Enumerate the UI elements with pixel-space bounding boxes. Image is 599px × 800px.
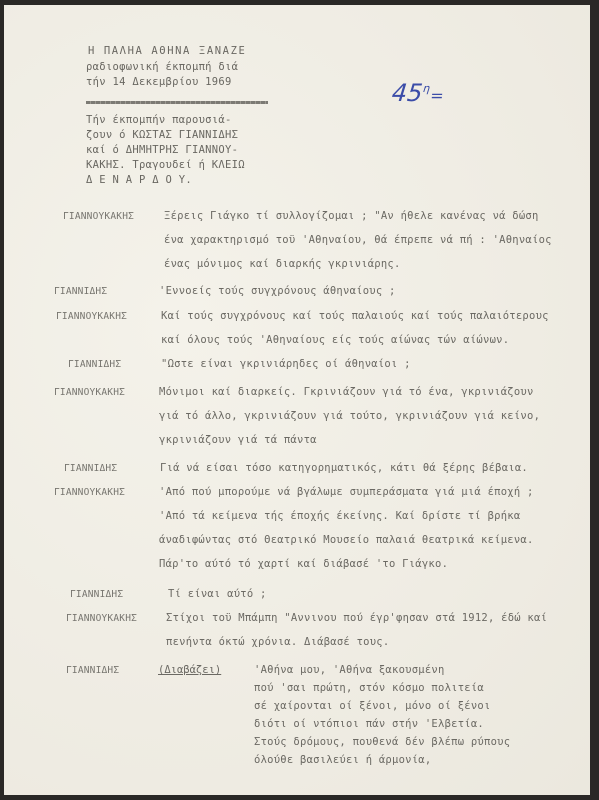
typewritten-page: Η ΠΑΛΗΑ ΑΘΗΝΑ ΞΑΝΑΖΕ ραδιοφωνική έκπομπή… [4, 5, 590, 795]
speech-line: "Ωστε είναι γκρινιάρηδες οί άθηναίοι ; [161, 358, 411, 370]
speech-line: 'Από πού μπορούμε νά βγάλωμε συμπεράσματ… [159, 486, 534, 498]
speech-line: γιά τό άλλο, γκρινιάζουν γιά τούτο, γκρι… [159, 410, 540, 422]
handwritten-page-number: 45η= [391, 79, 446, 107]
speaker-label: ΓΙΑΝΝΟΥΚΑΚΗΣ [54, 487, 125, 498]
speech-line: 'Εννοείς τούς συγχρόνους άθηναίους ; [159, 285, 396, 297]
speech-line: Μόνιμοι καί διαρκείς. Γκρινιάζουν γιά τό… [159, 386, 534, 398]
speech-line: γκρινιάζουν γιά τά πάντα [159, 434, 317, 446]
header-rule-top [86, 101, 268, 104]
program-date: τήν 14 Δεκεμβρίου 1969 [86, 76, 232, 88]
speech-line: Καί τούς συγχρόνους καί τούς παλαιούς κα… [161, 310, 549, 322]
speaker-label: ΓΙΑΝΝΟΥΚΑΚΗΣ [66, 613, 137, 624]
page-number: 45 [391, 79, 424, 107]
poem-line: πού 'σαι πρώτη, στόν κόσμο πολιτεία [254, 682, 484, 694]
speaker-label: ΓΙΑΝΝΙΔΗΣ [68, 359, 121, 370]
poem-line: Στούς δρόμους, πουθενά δέν βλέπω ρύπους [254, 736, 510, 748]
presenters-line-2: ζουν ό ΚΩΣΤΑΣ ΓΙΑΝΝΙΔΗΣ [86, 129, 238, 141]
speaker-label: ΓΙΑΝΝΙΔΗΣ [54, 286, 107, 297]
speaker-label: ΓΙΑΝΝΙΔΗΣ [64, 463, 117, 474]
speech-line: ένας μόνιμος καί διαρκής γκρινιάρης. [164, 258, 401, 270]
poem-line: 'Αθήνα μου, 'Αθήνα ξακουσμένη [254, 664, 445, 676]
speech-line: Γιά νά είσαι τόσο κατηγορηματικός, κάτι … [160, 462, 528, 474]
presenters-line-4: ΚΑΚΗΣ. Τραγουδεί ή ΚΛΕΙΩ [86, 159, 245, 171]
speaker-label: ΓΙΑΝΝΟΥΚΑΚΗΣ [54, 387, 125, 398]
poem-line: σέ χαίρονται οί ξένοι, μόνο οί ξένοι [254, 700, 491, 712]
page-number-underline: = [429, 86, 444, 105]
speaker-label: ΓΙΑΝΝΙΔΗΣ [70, 589, 123, 600]
speech-line: άναδιφώντας στό Θεατρικό Μουσείο παλαιά … [159, 534, 534, 546]
speaker-label: ΓΙΑΝΝΙΔΗΣ [66, 665, 119, 676]
stage-direction: (Διαβάζει) [158, 664, 221, 676]
program-title: Η ΠΑΛΗΑ ΑΘΗΝΑ ΞΑΝΑΖΕ [88, 45, 246, 57]
speaker-label: ΓΙΑΝΝΟΥΚΑΚΗΣ [63, 211, 134, 222]
presenters-line-3: καί ό ΔΗΜΗΤΡΗΣ ΓΙΑΝΝΟΥ- [86, 144, 238, 156]
speech-line: καί όλους τούς 'Αθηναίους είς τούς αίώνα… [161, 334, 509, 346]
speech-line: Στίχοι τοϋ Μπάμπη "Αννινου πού έγρ'φησαν… [166, 612, 547, 624]
speech-line: Πάρ'το αύτό τό χαρτί καί διάβασέ 'το Γιά… [159, 558, 448, 570]
speaker-label: ΓΙΑΝΝΟΥΚΑΚΗΣ [56, 311, 127, 322]
speech-line: ένα χαρακτηρισμό τοϋ 'Αθηναίου, θά έπρεπ… [164, 234, 552, 246]
poem-line: όλούθε βασιλεύει ή άρμονία, [254, 754, 431, 766]
speech-line: 'Από τά κείμενα τής έποχής έκείνης. Καί … [159, 510, 520, 522]
speech-line: Τί είναι αύτό ; [168, 588, 267, 600]
presenters-line-1: Τήν έκπομπήν παρουσιά- [86, 114, 232, 126]
presenters-line-5: Δ Ε Ν Α Ρ Δ Ο Υ. [86, 174, 192, 186]
speech-line: πενήντα όκτώ χρόνια. Διάβασέ τους. [166, 636, 389, 648]
program-subtitle-1: ραδιοφωνική έκπομπή διά [86, 61, 238, 73]
poem-line: διότι οί ντόπιοι πάν στήν 'Ελβετία. [254, 718, 484, 730]
page-number-suffix: η [422, 82, 430, 95]
speech-line: Ξέρεις Γιάγκο τί συλλογίζομαι ; "Αν ήθελ… [164, 210, 539, 222]
